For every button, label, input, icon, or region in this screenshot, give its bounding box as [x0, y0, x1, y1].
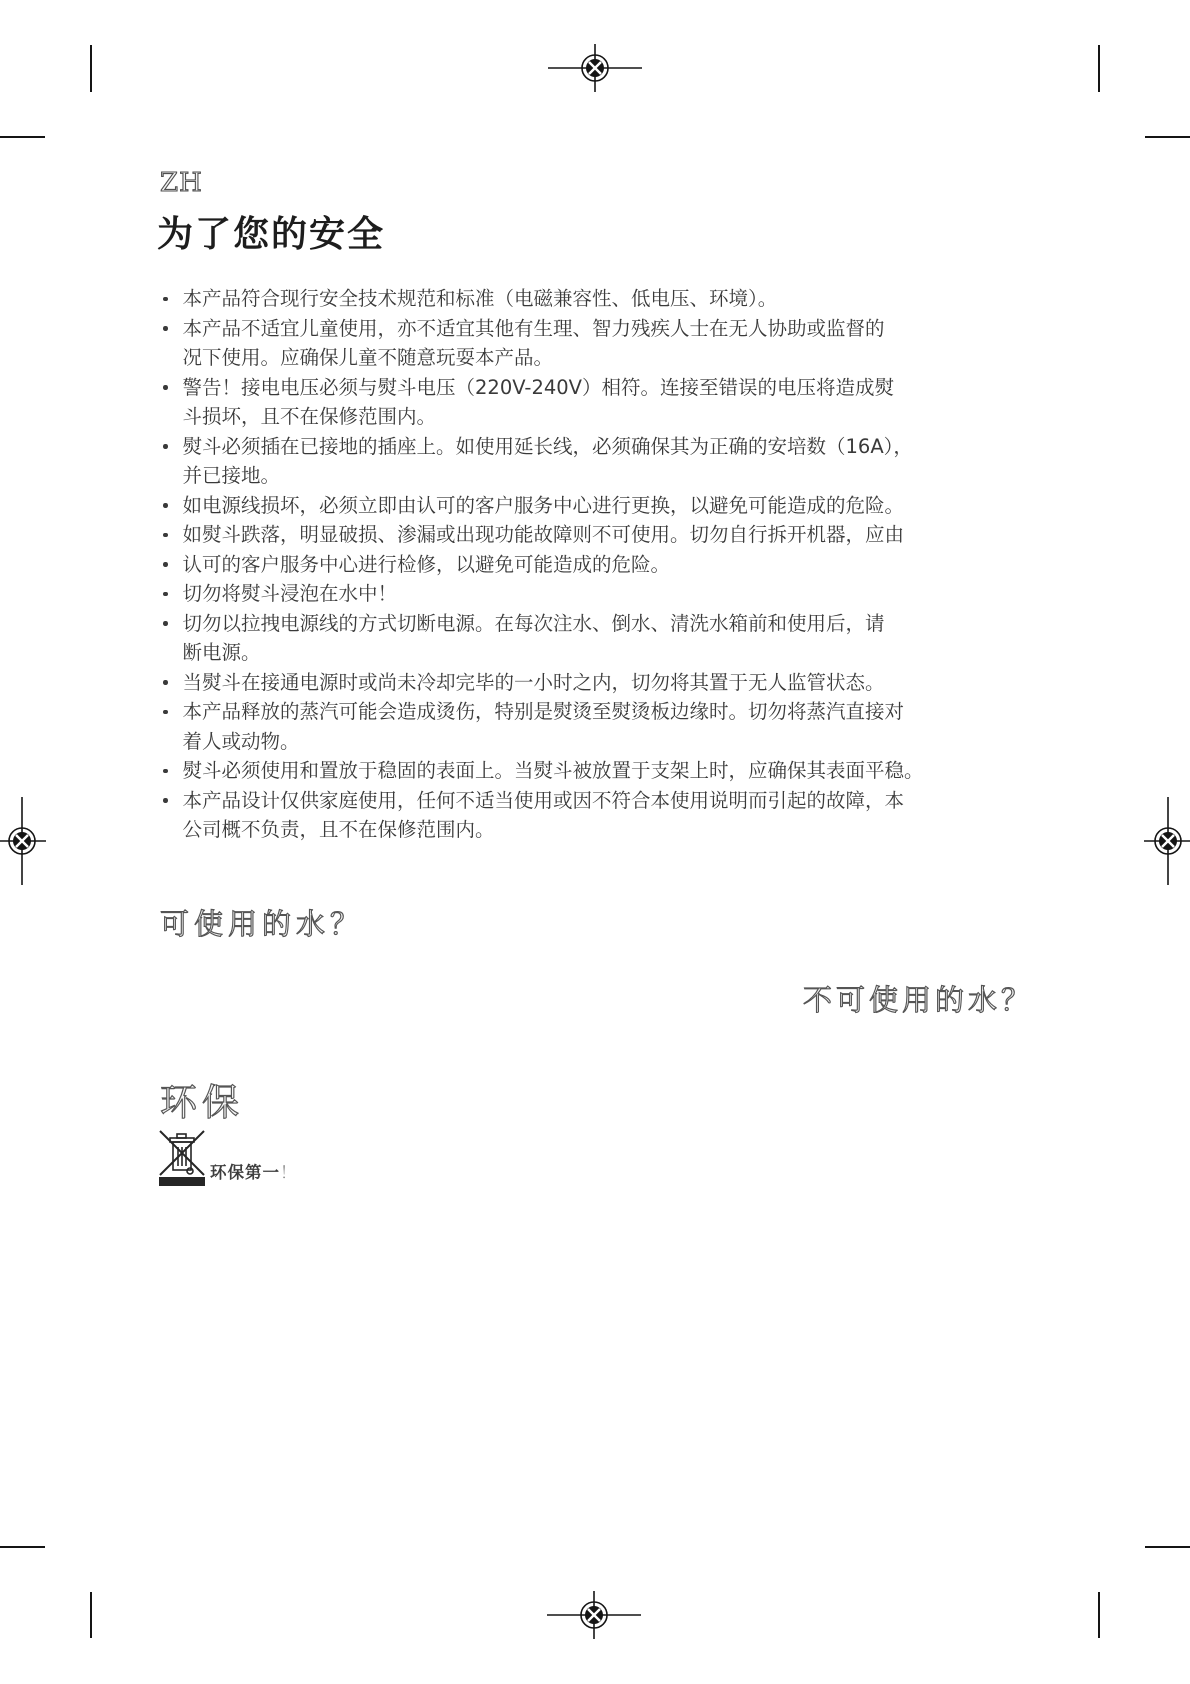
safety-bullet-text: 认可的客户服务中心进行检修，以避免可能造成的危险。 [183, 550, 671, 580]
safety-bullet-list: 本产品符合现行安全技术规范和标准（电磁兼容性、低电压、环境）。 本产品不适宜儿童… [161, 284, 976, 845]
bullet-dot-icon [163, 621, 168, 626]
crop-mark-top-right-horizontal [1145, 136, 1190, 138]
safety-bullet-item: 本产品设计仅供家庭使用，任何不适当使用或因不符合本使用说明而引起的故障，本 公司… [161, 786, 976, 845]
safety-bullet-item: 当熨斗在接通电源时或尚未冷却完毕的一小时之内，切勿将其置于无人监管状态。 [161, 668, 976, 698]
registration-crosshair-target-icon-bottom [547, 1591, 641, 1639]
registration-crosshair-target-icon-left [0, 797, 46, 885]
safety-bullet-text: 本产品释放的蒸汽可能会造成烫伤，特别是熨烫至熨烫板边缘时。切勿将蒸汽直接对 着人… [183, 697, 905, 756]
manual-page: ZH 为了您的安全 本产品符合现行安全技术规范和标准（电磁兼容性、低电压、环境）… [0, 0, 1190, 1684]
safety-bullet-text: 熨斗必须插在已接地的插座上。如使用延长线，必须确保其为正确的安培数（16A）， … [183, 432, 913, 491]
bullet-dot-icon [163, 297, 168, 302]
safety-bullet-text: 本产品不适宜儿童使用，亦不适宜其他有生理、智力残疾人士在无人协助或监督的 况下使… [183, 314, 885, 373]
crop-mark-bottom-right-vertical [1098, 1592, 1100, 1638]
crop-mark-bottom-left-horizontal [0, 1546, 45, 1548]
weee-crossed-out-wheelie-bin-icon [157, 1128, 207, 1186]
safety-bullet-item: 如电源线损坏，必须立即由认可的客户服务中心进行更换，以避免可能造成的危险。 [161, 491, 976, 521]
safety-bullet-item: 熨斗必须插在已接地的插座上。如使用延长线，必须确保其为正确的安培数（16A）， … [161, 432, 976, 491]
crop-mark-bottom-left-vertical [90, 1592, 92, 1638]
bullet-dot-icon [163, 385, 168, 390]
bullet-dot-icon [163, 562, 168, 567]
bullet-dot-icon [163, 444, 168, 449]
crop-mark-top-left-vertical [90, 45, 92, 92]
safety-bullet-text: 警告！接电电压必须与熨斗电压（220V-240V）相符。连接至错误的电压将造成熨… [183, 373, 895, 432]
safety-bullet-text: 本产品符合现行安全技术规范和标准（电磁兼容性、低电压、环境）。 [183, 284, 778, 314]
safety-bullet-item: 本产品释放的蒸汽可能会造成烫伤，特别是熨烫至熨烫板边缘时。切勿将蒸汽直接对 着人… [161, 697, 976, 756]
safety-bullet-text: 本产品设计仅供家庭使用，任何不适当使用或因不符合本使用说明而引起的故障，本 公司… [183, 786, 905, 845]
registration-crosshair-target-icon-right [1144, 797, 1190, 885]
section-heading-environment: 环保 [160, 1072, 244, 1126]
bullet-dot-icon [163, 533, 168, 538]
safety-bullet-text: 熨斗必须使用和置放于稳固的表面上。当熨斗被放置于支架上时，应确保其表面平稳。 [183, 756, 924, 786]
section-heading-usable-water: 可使用的水？ [160, 902, 364, 943]
crop-mark-top-left-horizontal [0, 136, 45, 138]
crop-mark-top-right-vertical [1098, 45, 1100, 92]
bullet-dot-icon [163, 503, 168, 508]
safety-bullet-item: 切勿将熨斗浸泡在水中！ [161, 579, 976, 609]
safety-bullet-text: 如电源线损坏，必须立即由认可的客户服务中心进行更换，以避免可能造成的危险。 [183, 491, 905, 521]
bullet-dot-icon [163, 769, 168, 774]
safety-bullet-item: 认可的客户服务中心进行检修，以避免可能造成的危险。 [161, 550, 976, 580]
safety-bullet-item: 熨斗必须使用和置放于稳固的表面上。当熨斗被放置于支架上时，应确保其表面平稳。 [161, 756, 976, 786]
page-title: 为了您的安全 [157, 213, 385, 256]
bullet-dot-icon [163, 592, 168, 597]
safety-bullet-text: 切勿以拉拽电源线的方式切断电源。在每次注水、倒水、清洗水箱前和使用后，请 断电源… [183, 609, 885, 668]
registration-crosshair-target-icon-top [548, 44, 642, 92]
safety-bullet-text: 切勿将熨斗浸泡在水中！ [183, 579, 398, 609]
bullet-dot-icon [163, 710, 168, 715]
environment-note: 环保第一！ [210, 1159, 298, 1183]
safety-bullet-item: 如熨斗跌落，明显破损、渗漏或出现功能故障则不可使用。切勿自行拆开机器，应由 [161, 520, 976, 550]
bullet-dot-icon [163, 798, 168, 803]
environment-note-text: 环保第一 [210, 1163, 280, 1182]
safety-bullet-item: 警告！接电电压必须与熨斗电压（220V-240V）相符。连接至错误的电压将造成熨… [161, 373, 976, 432]
bullet-dot-icon [163, 680, 168, 685]
environment-note-exclamation: ！ [280, 1163, 298, 1182]
safety-bullet-text: 当熨斗在接通电源时或尚未冷却完毕的一小时之内，切勿将其置于无人监管状态。 [183, 668, 885, 698]
safety-bullet-text: 如熨斗跌落，明显破损、渗漏或出现功能故障则不可使用。切勿自行拆开机器，应由 [183, 520, 905, 550]
crop-mark-bottom-right-horizontal [1145, 1546, 1190, 1548]
safety-bullet-item: 本产品符合现行安全技术规范和标准（电磁兼容性、低电压、环境）。 [161, 284, 976, 314]
section-heading-unusable-water: 不可使用的水？ [803, 978, 1034, 1019]
safety-bullet-item: 本产品不适宜儿童使用，亦不适宜其他有生理、智力残疾人士在无人协助或监督的 况下使… [161, 314, 976, 373]
language-tag: ZH [160, 170, 203, 196]
bullet-dot-icon [163, 326, 168, 331]
safety-bullet-item: 切勿以拉拽电源线的方式切断电源。在每次注水、倒水、清洗水箱前和使用后，请 断电源… [161, 609, 976, 668]
